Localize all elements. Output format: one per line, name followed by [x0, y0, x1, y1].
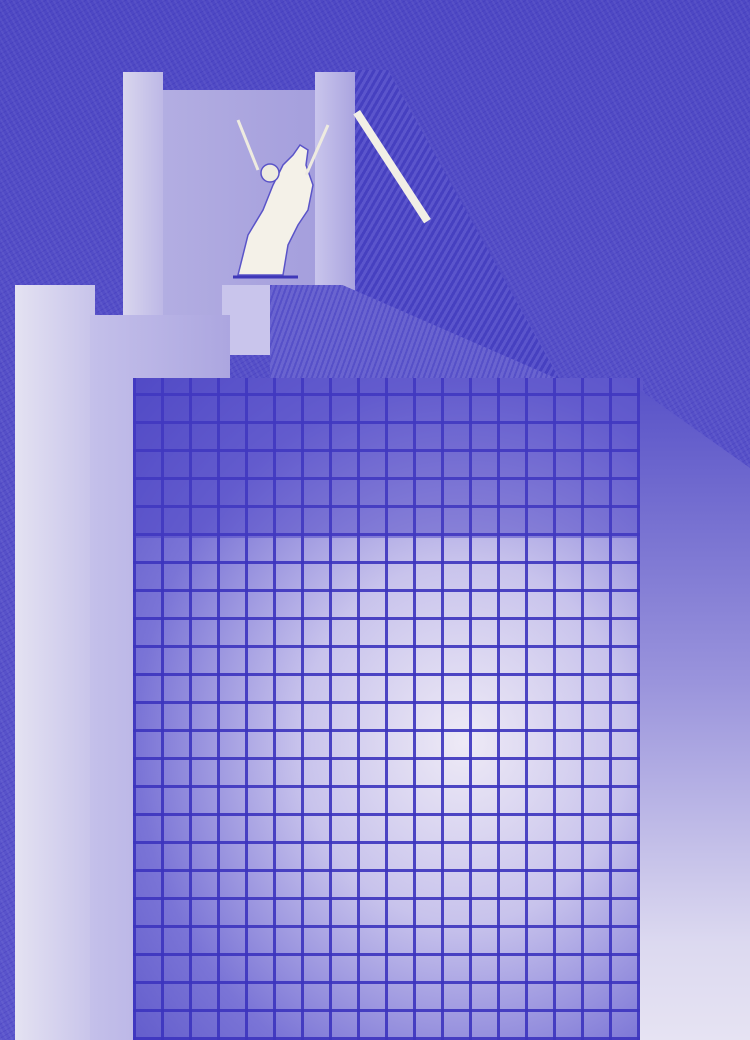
- facade-upper-shading: [133, 378, 643, 538]
- roof-tower-left: [123, 72, 163, 317]
- horse-rider-statue-icon: [228, 115, 333, 285]
- ballpoint-drawing: [0, 0, 750, 1040]
- building-right-face: [640, 390, 750, 1040]
- left-concrete-slab: [15, 285, 95, 1040]
